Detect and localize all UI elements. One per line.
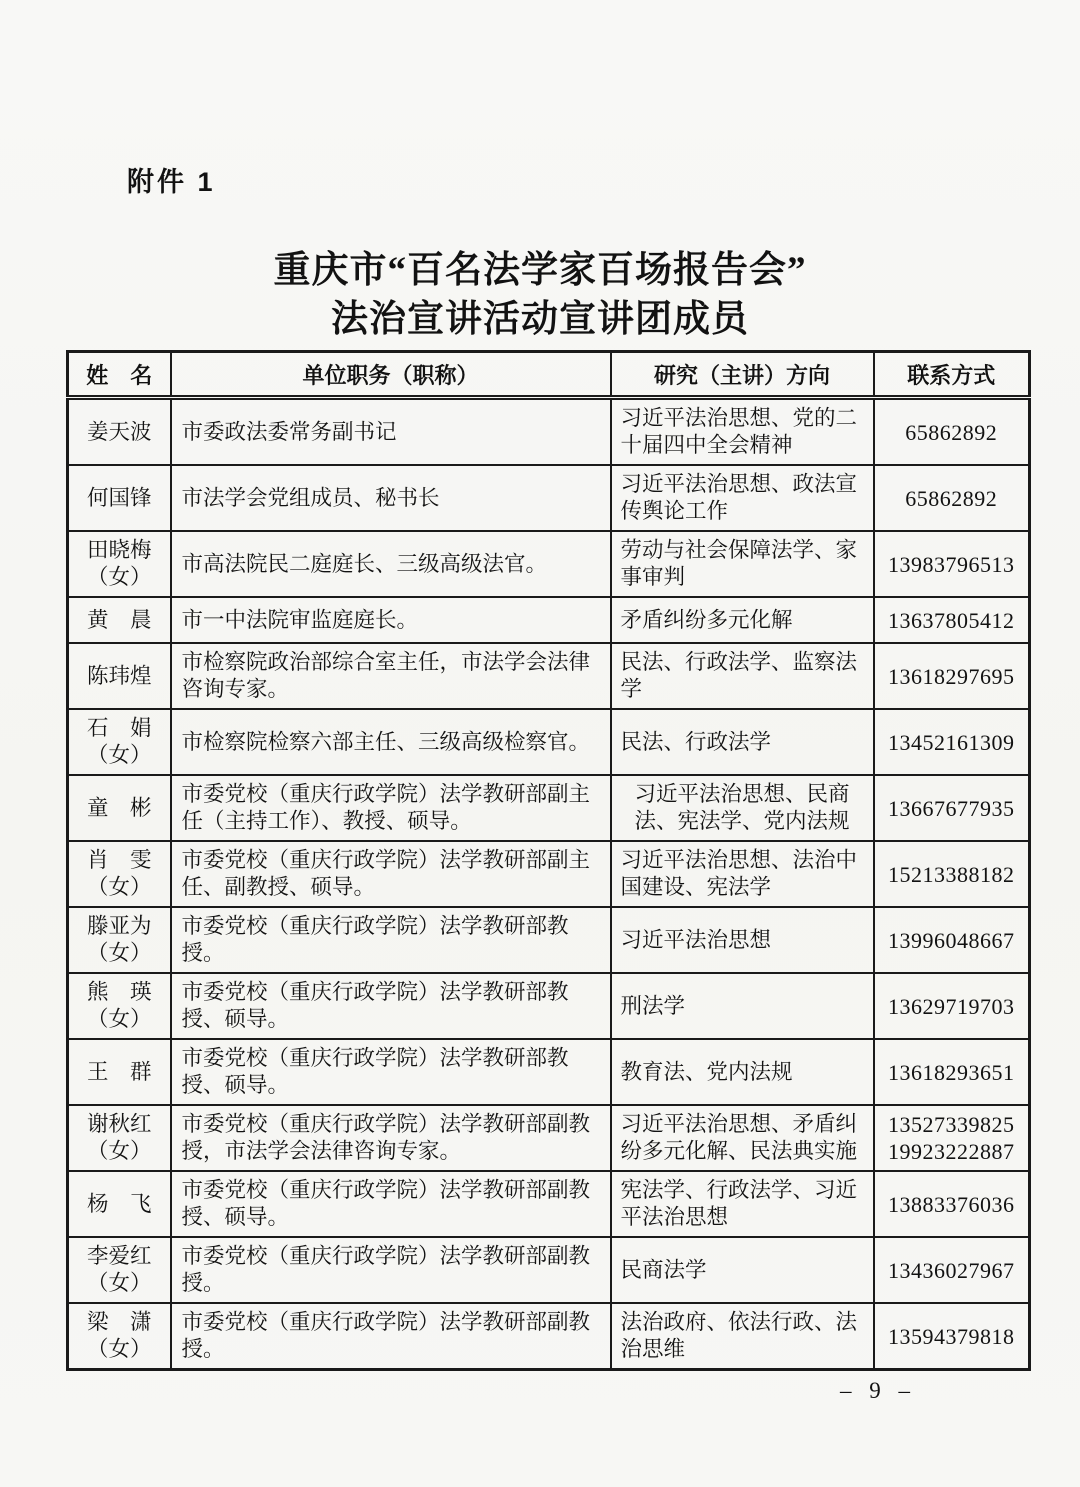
table-header-row: 姓 名 单位职务（职称） 研究（主讲）方向 联系方式	[68, 352, 1030, 398]
contact-number: 19923222887	[877, 1138, 1027, 1165]
member-name: 黄 晨	[71, 607, 168, 634]
member-contact: 13983796513	[874, 531, 1030, 597]
member-contact: 13452161309	[874, 709, 1030, 775]
member-contact: 13594379818	[874, 1303, 1030, 1370]
member-name: 姜天波	[71, 419, 168, 446]
document-title: 重庆市“百名法学家百场报告会” 法治宣讲活动宣讲团成员	[0, 246, 1080, 344]
table-row: 王 群市委党校（重庆行政学院）法学教研部教授、硕导。教育法、党内法规136182…	[68, 1039, 1030, 1105]
column-header-unit-position: 单位职务（职称）	[171, 352, 611, 398]
member-research-direction: 矛盾纠纷多元化解	[611, 597, 874, 643]
table-row: 童 彬市委党校（重庆行政学院）法学教研部副主任（主持工作）、教授、硕导。习近平法…	[68, 775, 1030, 841]
contact-number: 13637805412	[877, 607, 1027, 634]
member-name-cell: 黄 晨	[68, 597, 171, 643]
member-unit-position: 市一中法院审监庭庭长。	[171, 597, 611, 643]
table-row: 陈玮煌市检察院政治部综合室主任，市法学会法律咨询专家。民法、行政法学、监察法学1…	[68, 643, 1030, 709]
member-name: 谢秋红	[71, 1111, 168, 1138]
contact-number: 13667677935	[877, 795, 1027, 822]
member-name-cell: 李爱红（女）	[68, 1237, 171, 1303]
member-name: 田晓梅	[71, 537, 168, 564]
member-gender: （女）	[71, 1006, 168, 1033]
member-unit-position: 市高法院民二庭庭长、三级高级法官。	[171, 531, 611, 597]
member-name-cell: 石 娟（女）	[68, 709, 171, 775]
member-unit-position: 市委政法委常务副书记	[171, 398, 611, 466]
contact-number: 13983796513	[877, 551, 1027, 578]
member-contact: 13883376036	[874, 1171, 1030, 1237]
member-unit-position: 市委党校（重庆行政学院）法学教研部副教授，市法学会法律咨询专家。	[171, 1105, 611, 1171]
member-gender: （女）	[71, 564, 168, 591]
member-name-cell: 何国锋	[68, 465, 171, 531]
member-name-cell: 梁 潇（女）	[68, 1303, 171, 1370]
member-contact: 1352733982519923222887	[874, 1105, 1030, 1171]
contact-number: 65862892	[877, 419, 1027, 446]
member-research-direction: 习近平法治思想	[611, 907, 874, 973]
member-contact: 15213388182	[874, 841, 1030, 907]
member-research-direction: 习近平法治思想、法治中国建设、宪法学	[611, 841, 874, 907]
member-name: 童 彬	[71, 795, 168, 822]
attachment-label: 附件 1	[127, 160, 216, 199]
member-gender: （女）	[71, 1138, 168, 1165]
member-name: 李爱红	[71, 1243, 168, 1270]
member-contact: 13618293651	[874, 1039, 1030, 1105]
member-gender: （女）	[71, 940, 168, 967]
contact-number: 13452161309	[877, 729, 1027, 756]
member-name: 石 娟	[71, 715, 168, 742]
member-name-cell: 童 彬	[68, 775, 171, 841]
document-page: 附件 1 重庆市“百名法学家百场报告会” 法治宣讲活动宣讲团成员 姓 名 单位职…	[0, 0, 1080, 1487]
column-header-contact: 联系方式	[874, 352, 1030, 398]
table-row: 何国锋市法学会党组成员、秘书长习近平法治思想、政法宣传舆论工作65862892	[68, 465, 1030, 531]
table-row: 梁 潇（女）市委党校（重庆行政学院）法学教研部副教授。法治政府、依法行政、法治思…	[68, 1303, 1030, 1370]
member-name-cell: 杨 飞	[68, 1171, 171, 1237]
title-line-1: 重庆市“百名法学家百场报告会”	[0, 246, 1080, 295]
member-research-direction: 民商法学	[611, 1237, 874, 1303]
contact-number: 13618297695	[877, 663, 1027, 690]
member-research-direction: 刑法学	[611, 973, 874, 1039]
table-row: 石 娟（女）市检察院检察六部主任、三级高级检察官。民法、行政法学13452161…	[68, 709, 1030, 775]
member-unit-position: 市委党校（重庆行政学院）法学教研部教授、硕导。	[171, 1039, 611, 1105]
table-row: 黄 晨市一中法院审监庭庭长。矛盾纠纷多元化解13637805412	[68, 597, 1030, 643]
member-research-direction: 民法、行政法学	[611, 709, 874, 775]
member-contact: 65862892	[874, 465, 1030, 531]
member-unit-position: 市法学会党组成员、秘书长	[171, 465, 611, 531]
member-gender: （女）	[71, 1336, 168, 1363]
member-name: 杨 飞	[71, 1191, 168, 1218]
member-name: 熊 瑛	[71, 979, 168, 1006]
member-unit-position: 市检察院政治部综合室主任，市法学会法律咨询专家。	[171, 643, 611, 709]
table-row: 滕亚为（女）市委党校（重庆行政学院）法学教研部教授。习近平法治思想1399604…	[68, 907, 1030, 973]
member-research-direction: 习近平法治思想、矛盾纠纷多元化解、民法典实施	[611, 1105, 874, 1171]
contact-number: 13527339825	[877, 1111, 1027, 1138]
member-name-cell: 王 群	[68, 1039, 171, 1105]
member-name-cell: 姜天波	[68, 398, 171, 466]
member-name: 滕亚为	[71, 913, 168, 940]
member-unit-position: 市委党校（重庆行政学院）法学教研部副教授。	[171, 1303, 611, 1370]
contact-number: 65862892	[877, 485, 1027, 512]
member-name-cell: 田晓梅（女）	[68, 531, 171, 597]
member-gender: （女）	[71, 874, 168, 901]
member-research-direction: 宪法学、行政法学、习近平法治思想	[611, 1171, 874, 1237]
member-name: 陈玮煌	[71, 663, 168, 690]
contact-number: 13996048667	[877, 927, 1027, 954]
contact-number: 13618293651	[877, 1059, 1027, 1086]
member-name: 王 群	[71, 1059, 168, 1086]
table-row: 熊 瑛（女）市委党校（重庆行政学院）法学教研部教授、硕导。刑法学13629719…	[68, 973, 1030, 1039]
table-row: 谢秋红（女）市委党校（重庆行政学院）法学教研部副教授，市法学会法律咨询专家。习近…	[68, 1105, 1030, 1171]
members-table: 姓 名 单位职务（职称） 研究（主讲）方向 联系方式 姜天波市委政法委常务副书记…	[66, 350, 1031, 1371]
member-unit-position: 市委党校（重庆行政学院）法学教研部教授。	[171, 907, 611, 973]
table-row: 李爱红（女）市委党校（重庆行政学院）法学教研部副教授。民商法学134360279…	[68, 1237, 1030, 1303]
member-name: 梁 潇	[71, 1309, 168, 1336]
contact-number: 15213388182	[877, 861, 1027, 888]
member-research-direction: 习近平法治思想、党的二十届四中全会精神	[611, 398, 874, 466]
member-research-direction: 习近平法治思想、政法宣传舆论工作	[611, 465, 874, 531]
member-contact: 13629719703	[874, 973, 1030, 1039]
title-line-2: 法治宣讲活动宣讲团成员	[0, 295, 1080, 344]
contact-number: 13883376036	[877, 1191, 1027, 1218]
table-row: 姜天波市委政法委常务副书记习近平法治思想、党的二十届四中全会精神65862892	[68, 398, 1030, 466]
member-name: 何国锋	[71, 485, 168, 512]
member-research-direction: 民法、行政法学、监察法学	[611, 643, 874, 709]
column-header-name: 姓 名	[68, 352, 171, 398]
member-gender: （女）	[71, 742, 168, 769]
member-name-cell: 滕亚为（女）	[68, 907, 171, 973]
column-header-research-direction: 研究（主讲）方向	[611, 352, 874, 398]
member-name-cell: 陈玮煌	[68, 643, 171, 709]
member-research-direction: 习近平法治思想、民商法、宪法学、党内法规	[611, 775, 874, 841]
contact-number: 13629719703	[877, 993, 1027, 1020]
member-name-cell: 肖 雯（女）	[68, 841, 171, 907]
member-research-direction: 教育法、党内法规	[611, 1039, 874, 1105]
table-body: 姜天波市委政法委常务副书记习近平法治思想、党的二十届四中全会精神65862892…	[68, 398, 1030, 1370]
table-row: 肖 雯（女）市委党校（重庆行政学院）法学教研部副主任、副教授、硕导。习近平法治思…	[68, 841, 1030, 907]
member-contact: 65862892	[874, 398, 1030, 466]
contact-number: 13436027967	[877, 1257, 1027, 1284]
member-research-direction: 法治政府、依法行政、法治思维	[611, 1303, 874, 1370]
member-name: 肖 雯	[71, 847, 168, 874]
member-contact: 13436027967	[874, 1237, 1030, 1303]
member-contact: 13996048667	[874, 907, 1030, 973]
member-contact: 13637805412	[874, 597, 1030, 643]
table-row: 田晓梅（女）市高法院民二庭庭长、三级高级法官。劳动与社会保障法学、家事审判139…	[68, 531, 1030, 597]
contact-number: 13594379818	[877, 1323, 1027, 1350]
member-research-direction: 劳动与社会保障法学、家事审判	[611, 531, 874, 597]
member-unit-position: 市委党校（重庆行政学院）法学教研部副主任、副教授、硕导。	[171, 841, 611, 907]
member-name-cell: 谢秋红（女）	[68, 1105, 171, 1171]
member-contact: 13618297695	[874, 643, 1030, 709]
member-gender: （女）	[71, 1270, 168, 1297]
member-contact: 13667677935	[874, 775, 1030, 841]
member-unit-position: 市委党校（重庆行政学院）法学教研部教授、硕导。	[171, 973, 611, 1039]
member-unit-position: 市委党校（重庆行政学院）法学教研部副教授。	[171, 1237, 611, 1303]
page-number: – 9 –	[840, 1378, 916, 1404]
table-row: 杨 飞市委党校（重庆行政学院）法学教研部副教授、硕导。宪法学、行政法学、习近平法…	[68, 1171, 1030, 1237]
member-name-cell: 熊 瑛（女）	[68, 973, 171, 1039]
member-unit-position: 市委党校（重庆行政学院）法学教研部副教授、硕导。	[171, 1171, 611, 1237]
member-unit-position: 市检察院检察六部主任、三级高级检察官。	[171, 709, 611, 775]
member-unit-position: 市委党校（重庆行政学院）法学教研部副主任（主持工作）、教授、硕导。	[171, 775, 611, 841]
